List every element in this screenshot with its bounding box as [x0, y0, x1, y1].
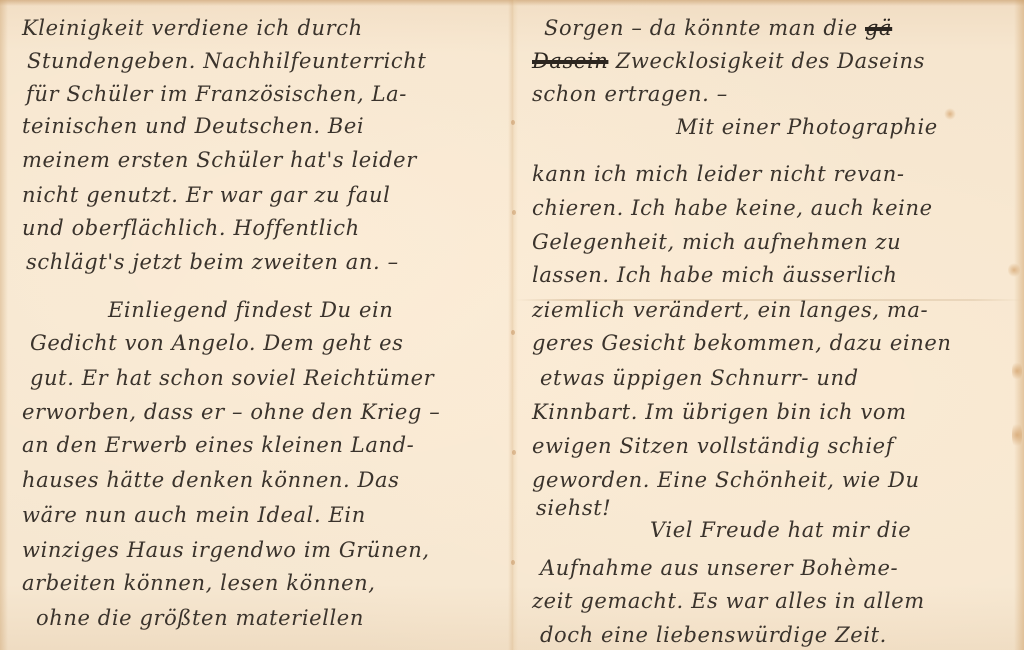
handwritten-line: nicht genutzt. Er war gar zu faul: [22, 181, 390, 209]
handwritten-line: teinischen und Deutschen. Bei: [22, 112, 364, 140]
handwritten-line: schlägt's jetzt beim zweiten an. –: [26, 248, 399, 276]
handwritten-line: doch eine liebenswürdige Zeit.: [540, 621, 887, 649]
handwritten-line: gut. Er hat schon soviel Reichtümer: [30, 364, 434, 392]
letter-scan: Kleinigkeit verdiene ich durch Stundenge…: [0, 0, 1024, 650]
handwritten-line: Gedicht von Angelo. Dem geht es: [30, 329, 404, 357]
handwritten-line: und oberflächlich. Hoffentlich: [22, 214, 360, 242]
center-fold: [508, 0, 518, 650]
handwritten-line: etwas üppigen Schnurr- und: [540, 364, 859, 392]
foxing-spot: [511, 330, 515, 335]
left-page: Kleinigkeit verdiene ich durch Stundenge…: [22, 14, 507, 644]
handwritten-line: Kleinigkeit verdiene ich durch: [22, 14, 363, 42]
foxing-spot: [512, 450, 516, 455]
handwritten-line: schon ertragen. –: [532, 80, 728, 108]
struck-word: gä: [865, 16, 892, 40]
handwritten-line: Mit einer Photographie: [676, 113, 938, 141]
line-text: Sorgen – da könnte man die: [544, 16, 858, 40]
handwritten-line: ohne die größten materiellen: [36, 604, 364, 632]
handwritten-line: kann ich mich leider nicht revan-: [532, 160, 905, 188]
handwritten-line: Sorgen – da könnte man die gä: [544, 14, 892, 42]
paper-edge-left: [0, 0, 8, 650]
foxing-spot: [512, 210, 516, 215]
handwritten-line: ziemlich verändert, ein langes, ma-: [532, 296, 928, 324]
handwritten-line: erworben, dass er – ohne den Krieg –: [22, 398, 440, 426]
paper-edge-right: [1014, 0, 1024, 650]
handwritten-line: Viel Freude hat mir die: [650, 516, 911, 544]
foxing-spot: [511, 560, 515, 565]
handwritten-line: Kinnbart. Im übrigen bin ich vom: [532, 398, 907, 426]
handwritten-line: für Schüler im Französischen, La-: [26, 80, 407, 108]
handwritten-line: arbeiten können, lesen können,: [22, 569, 376, 597]
handwritten-line: zeit gemacht. Es war alles in allem: [532, 587, 925, 615]
handwritten-line: hauses hätte denken können. Das: [22, 466, 399, 494]
handwritten-line: Gelegenheit, mich aufnehmen zu: [532, 228, 901, 256]
handwritten-line: geres Gesicht bekommen, dazu einen: [532, 329, 952, 357]
handwritten-line: Dasein Zwecklosigkeit des Daseins: [532, 47, 925, 75]
handwritten-line: Einliegend findest Du ein: [108, 296, 393, 324]
handwritten-line: winziges Haus irgendwo im Grünen,: [22, 536, 430, 564]
line-text: Zwecklosigkeit des Daseins: [616, 49, 925, 73]
foxing-spot: [511, 120, 515, 125]
handwritten-line: wäre nun auch mein Ideal. Ein: [22, 501, 366, 529]
handwritten-line: Stundengeben. Nachhilfeunterricht: [27, 47, 426, 75]
struck-word: Dasein: [532, 49, 608, 73]
handwritten-line: chieren. Ich habe keine, auch keine: [532, 194, 933, 222]
handwritten-line: lassen. Ich habe mich äusserlich: [532, 261, 898, 289]
handwritten-line: ewigen Sitzen vollständig schief: [532, 432, 894, 460]
handwritten-line: meinem ersten Schüler hat's leider: [22, 146, 417, 174]
handwritten-line: an den Erwerb eines kleinen Land-: [22, 431, 414, 459]
handwritten-line: geworden. Eine Schönheit, wie Du: [532, 466, 920, 494]
handwritten-line: Aufnahme aus unserer Bohème-: [540, 554, 898, 582]
right-page: Sorgen – da könnte man die gä Dasein Zwe…: [532, 14, 1014, 644]
handwritten-line: siehst!: [536, 494, 611, 522]
